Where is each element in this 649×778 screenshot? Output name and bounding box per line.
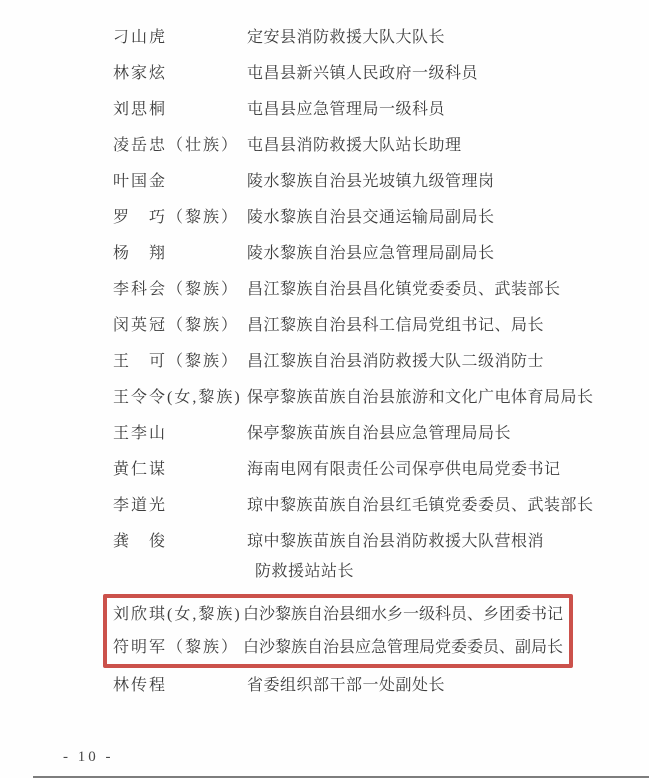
entry-row: 李道光琼中黎族苗族自治县红毛镇党委委员、武装部长 [113,488,649,524]
entry-title: 琼中黎族苗族自治县红毛镇党委委员、武装部长 [247,497,594,514]
entry-name: 闵英冠（黎族） [113,308,247,344]
entry-name: 王李山 [113,416,247,452]
entry-row: 罗 巧（黎族）陵水黎族自治县交通运输局副局长 [113,200,649,236]
entry-name: 符明军（黎族） [113,631,243,664]
entry-title: 定安县消防救援大队大队长 [247,29,445,46]
entry-row: 刘思桐屯昌县应急管理局一级科员 [113,92,649,128]
entry-title: 白沙黎族自治县细水乡一级科员、乡团委书记 [243,606,563,623]
entry-title: 保亭黎族苗族自治县应急管理局局长 [247,425,511,442]
entry-title: 琼中黎族苗族自治县消防救援大队营根消 [247,533,544,550]
entry-row: 王令令(女,黎族)保亭黎族苗族自治县旅游和文化广电体育局局长 [113,380,649,416]
entry-name: 叶国金 [113,164,247,200]
personnel-list: 刁山虎定安县消防救援大队大队长 林家炫屯昌县新兴镇人民政府一级科员 刘思桐屯昌县… [0,0,649,702]
entry-row-highlighted: 符明军（黎族）白沙黎族自治县应急管理局党委委员、副局长 [107,631,569,664]
entry-row: 闵英冠（黎族）昌江黎族自治县科工信局党组书记、局长 [113,308,649,344]
entry-name: 凌岳忠（壮族） [113,128,247,164]
entry-row: 林传程省委组织部干部一处副处长 [113,670,649,702]
entry-title: 陵水黎族自治县交通运输局副局长 [247,209,495,226]
entry-title: 昌江黎族自治县消防救援大队二级消防士 [247,353,544,370]
entry-row: 凌岳忠（壮族）屯昌县消防救援大队站长助理 [113,128,649,164]
entry-name: 杨 翔 [113,236,247,272]
entry-row: 王李山保亭黎族苗族自治县应急管理局局长 [113,416,649,452]
entry-row: 李科会（黎族）昌江黎族自治县昌化镇党委委员、武装部长 [113,272,649,308]
entry-title: 省委组织部干部一处副处长 [247,677,445,694]
entry-title: 屯昌县应急管理局一级科员 [247,101,445,118]
entry-name: 林家炫 [113,56,247,92]
highlight-box: 刘欣琪(女,黎族)白沙黎族自治县细水乡一级科员、乡团委书记 符明军（黎族）白沙黎… [103,594,573,668]
entry-name: 李道光 [113,488,247,524]
entry-row: 叶国金陵水黎族自治县光坡镇九级管理岗 [113,164,649,200]
entry-row: 杨 翔陵水黎族自治县应急管理局副局长 [113,236,649,272]
entry-name: 罗 巧（黎族） [113,200,247,236]
entry-name: 王令令(女,黎族) [113,380,247,416]
entry-title: 陵水黎族自治县应急管理局副局长 [247,245,495,262]
entry-name: 刁山虎 [113,20,247,56]
entry-row: 黄仁谋海南电网有限责任公司保亭供电局党委书记 [113,452,649,488]
entry-name: 刘思桐 [113,92,247,128]
entry-name: 王 可（黎族） [113,344,247,380]
entry-row: 王 可（黎族）昌江黎族自治县消防救援大队二级消防士 [113,344,649,380]
entry-title: 屯昌县消防救援大队站长助理 [247,137,462,154]
entry-name: 龚 俊 [113,524,247,560]
entry-row: 林家炫屯昌县新兴镇人民政府一级科员 [113,56,649,92]
entry-title: 保亭黎族苗族自治县旅游和文化广电体育局局长 [247,389,594,406]
entry-row-highlighted: 刘欣琪(女,黎族)白沙黎族自治县细水乡一级科员、乡团委书记 [107,598,569,631]
entry-title: 昌江黎族自治县昌化镇党委委员、武装部长 [247,281,561,298]
entry-row: 刁山虎定安县消防救援大队大队长 [113,20,649,56]
entry-title: 昌江黎族自治县科工信局党组书记、局长 [247,317,544,334]
entry-title: 白沙黎族自治县应急管理局党委委员、副局长 [243,639,563,656]
entry-name: 刘欣琪(女,黎族) [113,598,243,631]
entry-title-continuation: 防救援站站长 [113,560,649,588]
entry-title: 屯昌县新兴镇人民政府一级科员 [247,65,478,82]
document-page: 刁山虎定安县消防救援大队大队长 林家炫屯昌县新兴镇人民政府一级科员 刘思桐屯昌县… [0,0,649,778]
page-number: - 10 - [63,749,114,766]
entry-name: 林传程 [113,670,247,702]
entry-name: 黄仁谋 [113,452,247,488]
entry-title: 海南电网有限责任公司保亭供电局党委书记 [247,461,561,478]
entry-name: 李科会（黎族） [113,272,247,308]
entry-title: 陵水黎族自治县光坡镇九级管理岗 [247,173,495,190]
entry-row: 龚 俊琼中黎族苗族自治县消防救援大队营根消 [113,524,649,560]
